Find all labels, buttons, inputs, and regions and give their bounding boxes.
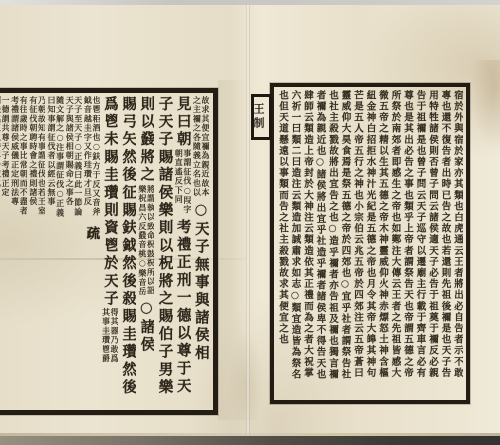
text-column: 天子至天子○正義曰此一節論天子與諸侯相朝賜命之事各 <box>65 96 82 407</box>
scan-bottom-shadow <box>0 436 500 445</box>
commentary-column: 所祭於南郊者即感生之帝也如鄭注大傳云王者之先祖皆感大 <box>390 90 401 397</box>
annotation-segment: 也鬯秬酒也○鈇方于反又音斧鉞音越圭字又作珪瓚才旦反 <box>83 96 100 221</box>
commentary-column: 芒是五人帝五行之神也小宗伯云兆五帝於四郊注云五帝蒼曰 <box>352 90 363 397</box>
text-column: 一德謂共尊天子考禮正定刑法與王之時專一道也 <box>0 96 9 407</box>
text-column: 見曰朝事謂征伐○叚字朝直遙反下同考禮正刑一德以尊于天 <box>174 96 191 407</box>
shu-marker: 疏 <box>83 226 100 240</box>
text-column: 乃朝故知有事謂征伐也若王室有征伐朝聘時會之禮則諸侯 <box>28 96 45 407</box>
scan-top-edge <box>0 0 500 5</box>
classic-text-segment: 子天子賜諸侯樂則以柷將之賜伯子男樂 <box>156 96 173 397</box>
gutter-shadow <box>218 80 248 420</box>
commentary-column: 者禰為親近也○諸侯將出宜乎社造乎禰者諸侯卑不得告天也 <box>315 90 326 397</box>
text-column: 有往歲時之事比常朝而不盡者考禮謂諸侯威儀正定刑法專 <box>10 96 27 407</box>
left-page-columns: 故求其便宜禰為親近故本之主禰之各隨義立名也以○天子無事與諸侯相見曰朝事謂征伐○叚… <box>0 96 209 407</box>
text-column: 故求其便宜禰為親近故本之主禰之各隨義立名也以○天子無事與諸侯相 <box>192 96 209 407</box>
classic-text-segment: ○諸侯 <box>137 300 154 355</box>
text-column: 則以鼗將之將謂執以致命柷鼓柷所以詔樂柷昌六反鼗音桃○樂音岳○諸侯 <box>137 96 154 407</box>
annotation-segment: 有往歲時之事比常朝而不盡者考禮謂諸侯威儀正定刑法專 <box>10 96 27 221</box>
classic-text-segment: 考禮正刑一德以尊于天 <box>174 219 191 396</box>
annotation-segment: 隨文解之○注事謂征伐○正義曰知事謂征伐者以經云無事 <box>47 96 64 221</box>
annotation-segment: 將謂執以致命柷鼓柷所以詔樂柷昌六反鼗音桃○樂音岳 <box>137 185 154 300</box>
commentary-column: 尊也是其出必告之事也類乎上帝者謂祭告天也帝謂五德之帝 <box>402 90 413 397</box>
annotation-segment: 故求其便宜禰為親近故本之主禰之各隨義立名也以 <box>192 96 209 202</box>
classic-text-segment: ○天子無事與諸侯相 <box>192 202 209 363</box>
left-page: 故求其便宜禰為親近故本之主禰之各隨義立名也以○天子無事與諸侯相見曰朝事謂征伐○叚… <box>0 88 218 415</box>
classic-text-segment: 則以鼗將之 <box>137 96 154 185</box>
text-column: 賜弓矢然後征賜鈇鉞然後殺賜圭瓚然後 <box>119 96 136 407</box>
annotation-segment: 乃朝故知有事謂征伐也若王室有征伐朝聘時會之禮則諸侯 <box>28 96 45 221</box>
commentary-column: 六祈一曰類二曰造注云類造加誠肅求如志○類宜造皆為祭名 <box>290 90 301 397</box>
commentary-column: 也社主殺戮故將出宜告之也○造乎禰者亦告祖及禰也獨言禰 <box>327 90 338 397</box>
center-fold <box>246 0 250 445</box>
commentary-column: 肆師云類造上帝封於大神注云類造依其正禮而為之者大祝掌 <box>302 90 313 397</box>
commentary-column: 微五帝之精以生其五德之帝木神靈威仰火神赤熛怒土神含樞 <box>377 90 388 397</box>
chapter-title: 王制 <box>252 103 265 131</box>
text-column: 隨文解之○注事謂征伐○正義曰知事謂征伐者以經云無事 <box>47 96 64 407</box>
text-column: 爲鬯未賜圭瓚則資鬯於天子得其器乃敢爲其事圭瓚鬯爵 <box>101 96 118 407</box>
commentary-column: 專也還不復告者出時已告之故也若還則先祖後禰是也天子告 <box>440 90 451 397</box>
text-column: 子天子賜諸侯樂則以柷將之賜伯子男樂 <box>156 96 173 407</box>
commentary-column: 宿於外與宿於家亦其類也白虎通云王者將出必自告者示不敢 <box>452 90 463 397</box>
text-column: 也鬯秬酒也○鈇方于反又音斧鉞音越圭字又作珪瓚才旦反疏 <box>83 96 100 407</box>
classic-text-segment: 賜弓矢然後征賜鈇鉞然後殺賜圭瓚然後 <box>119 96 136 397</box>
annotation-segment: 得其器乃敢爲其事圭瓚鬯爵 <box>101 308 118 368</box>
right-page-columns: 宿於外與宿於家亦其類也白虎通云王者將出必自告者示不敢專也還不復告者出時已告之故也… <box>277 90 463 397</box>
chapter-margin-label: 王制 <box>251 94 272 140</box>
classic-text-segment: 見曰朝 <box>174 96 191 149</box>
book-scan: 故求其便宜禰為親近故本之主禰之各隨義立名也以○天子無事與諸侯相見曰朝事謂征伐○叚… <box>0 0 500 445</box>
commentary-column: 告于祖禰是也曾子問云天子巡守以遷廟主行載于齊車言必有 <box>415 90 426 397</box>
annotation-segment: 天子至天子○正義曰此一節論天子與諸侯相朝賜命之事各 <box>65 96 82 221</box>
commentary-column: 用特牲諸侯則否曾子問云諸侯適天子必告于祖奠于禰反必親 <box>427 90 438 397</box>
commentary-column: 靈威仰大昊食焉是祭五德之帝於四郊也○宜乎社者謂祭告社 <box>340 90 351 397</box>
classic-text-segment: 爲鬯未賜圭瓚則資鬯於天子 <box>101 96 118 308</box>
annotation-segment: 事謂征伐○叚字朝直遙反下同 <box>174 149 191 218</box>
commentary-column: 紐金神白招拒水神汁光紀是五德之帝也月令其帝大皞其神句 <box>365 90 376 397</box>
paper-stain <box>470 60 500 150</box>
annotation-segment: 一德謂共尊天子考禮正定刑法與王之時專一道也 <box>0 96 9 202</box>
right-page: 王制 宿於外與宿於家亦其類也白虎通云王者將出必自告者示不敢專也還不復告者出時已告… <box>270 83 470 404</box>
commentary-column: 也但天道懸遠以事類而告之社主殺戮故求其便宜之也 <box>277 90 288 397</box>
